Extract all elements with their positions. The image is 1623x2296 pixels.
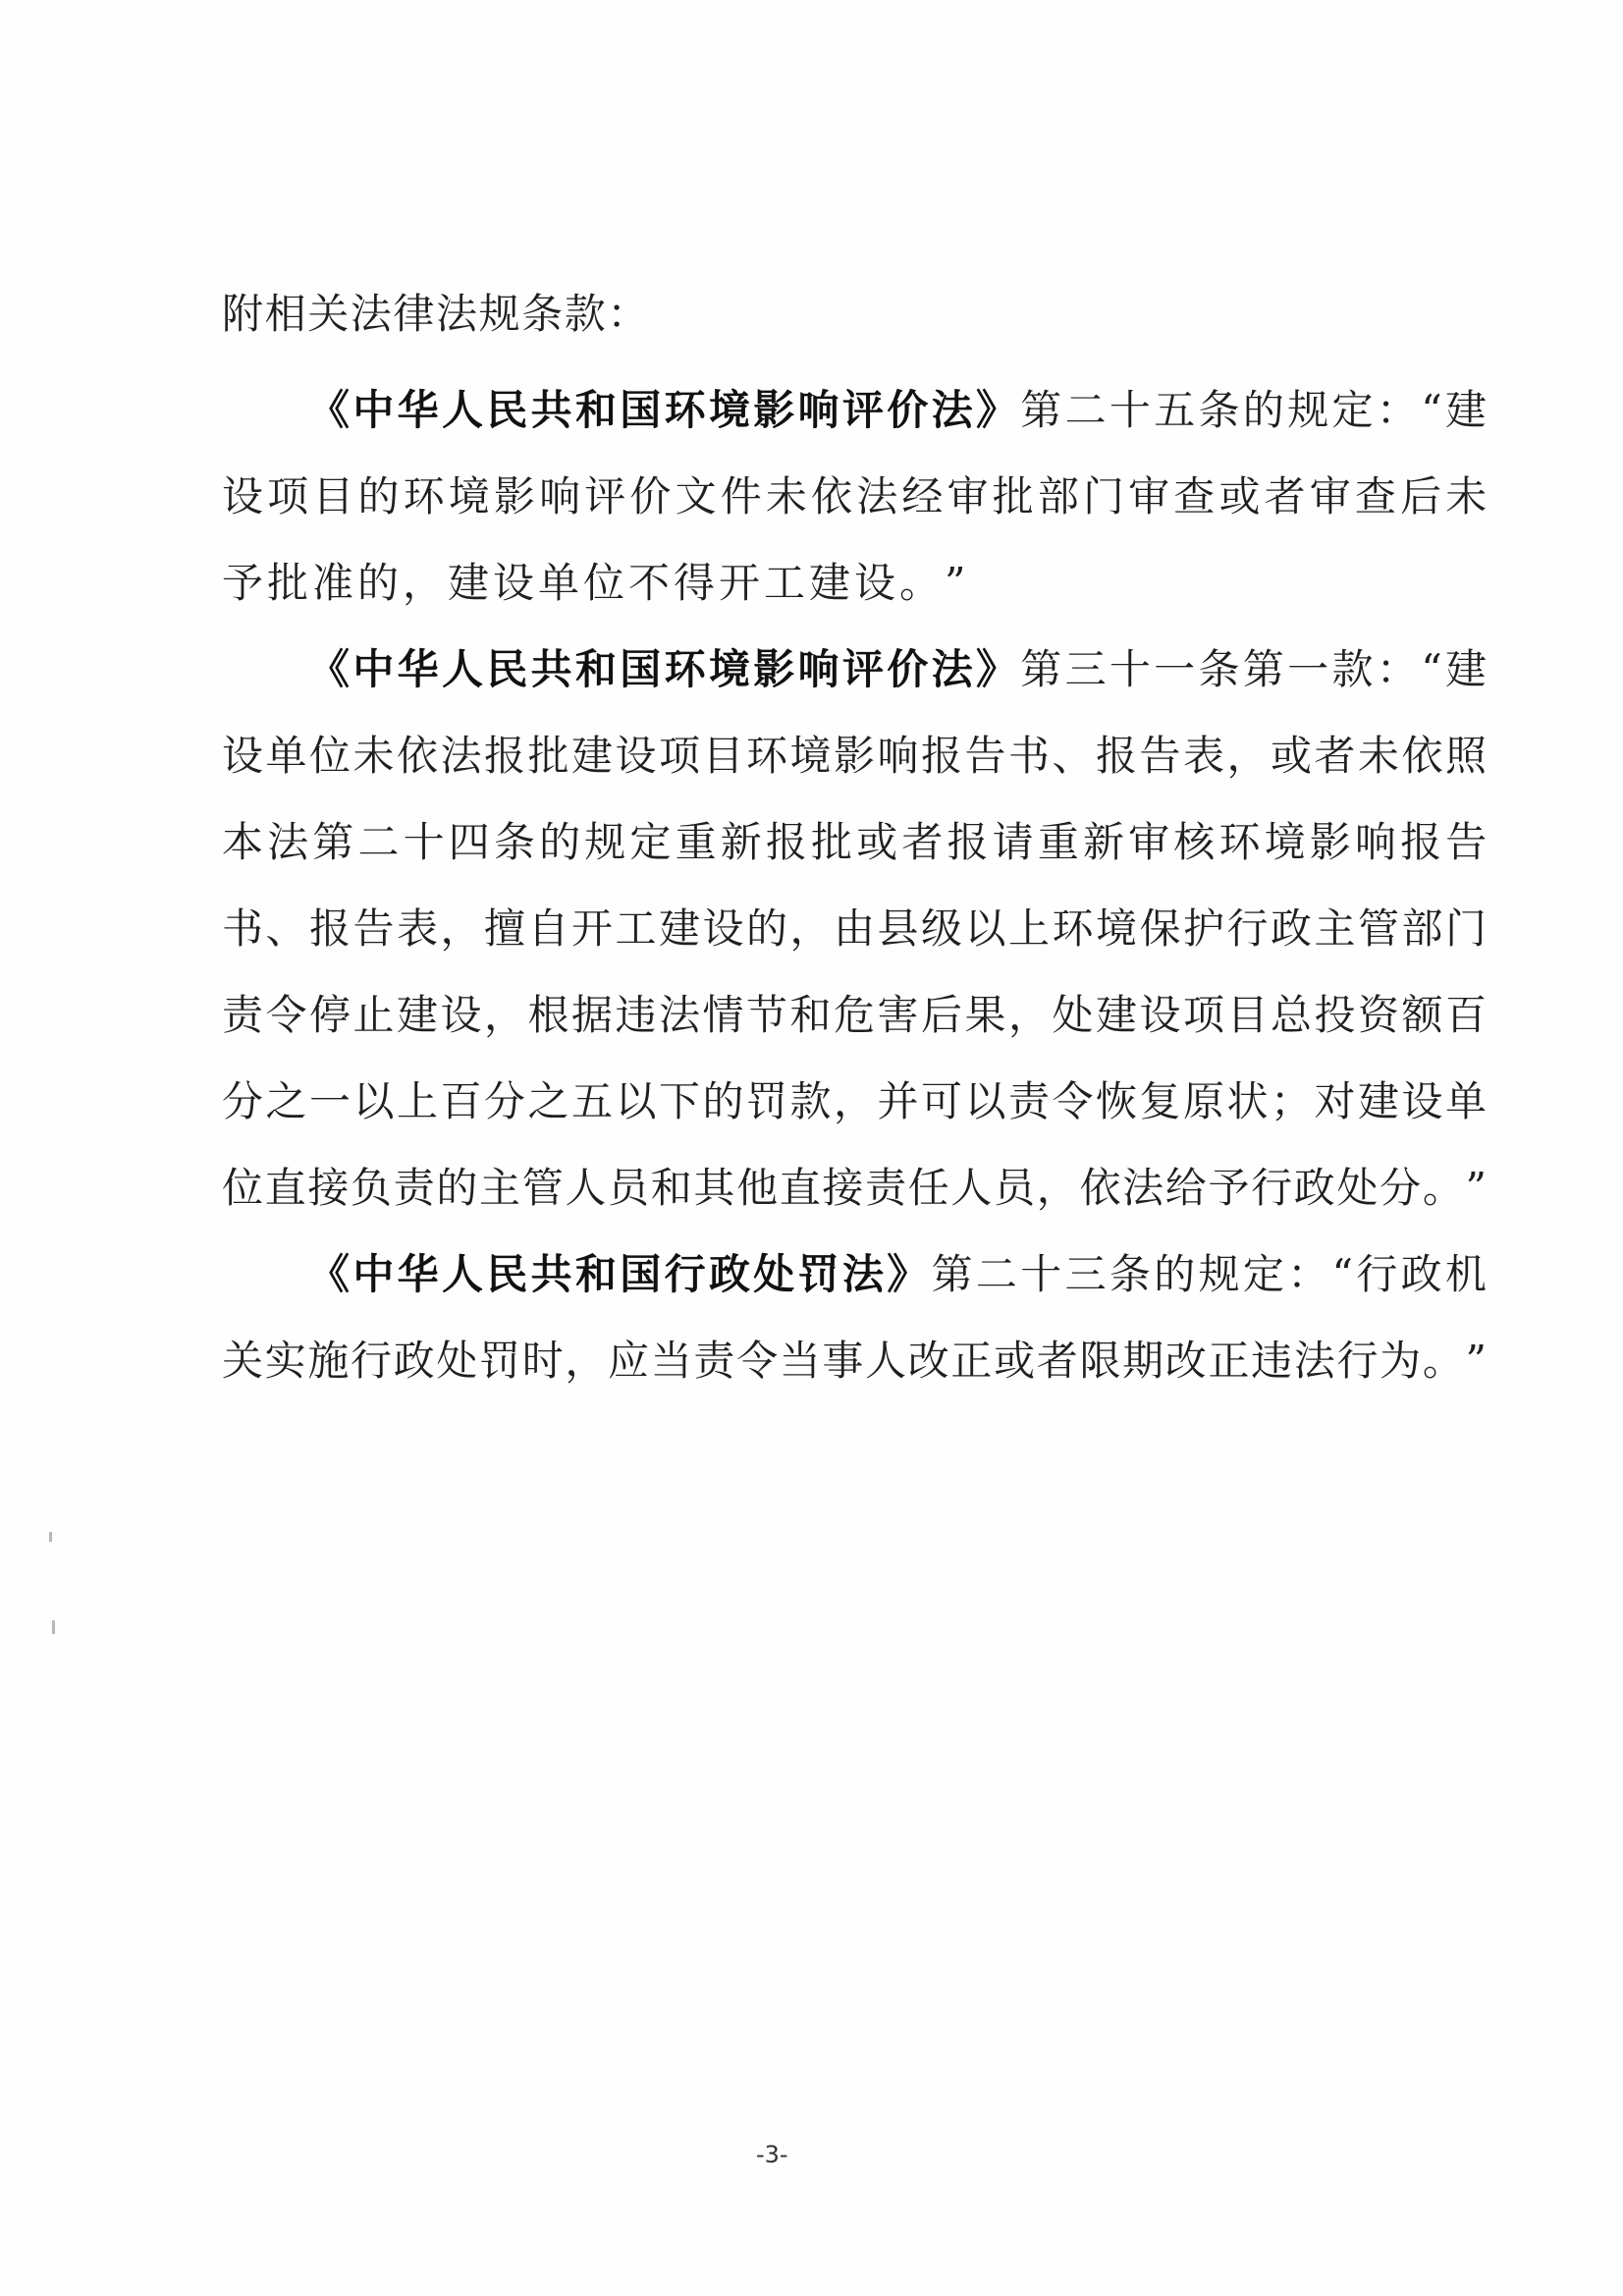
law-title-char: 《: [308, 381, 352, 440]
text-char: 规: [1199, 1245, 1242, 1304]
text-char: 报: [1400, 813, 1443, 872]
law-title-char: 人: [442, 381, 485, 440]
text-char: 法: [441, 727, 484, 786]
paragraph-2-line-6: 分之一以上百分之五以下的罚款，并可以责令恢复原状；对建设单: [222, 1072, 1488, 1131]
text-char: 告: [353, 900, 397, 958]
text-char: 上: [397, 1072, 440, 1131]
text-char: 门: [1083, 467, 1126, 526]
text-char: 停: [309, 986, 352, 1045]
law-title-char: 境: [709, 640, 752, 699]
text-char: 建: [809, 554, 852, 613]
text-char: 重: [676, 813, 719, 872]
law-title-char: 价: [887, 381, 930, 440]
text-char: 县: [878, 900, 921, 958]
text-char: 限: [1079, 1332, 1122, 1391]
paragraph-2-line-7: 位直接负责的主管人员和其他直接责任人员，依法给予行政处分。”: [222, 1159, 1488, 1218]
text-char: 评: [584, 467, 627, 526]
section-heading: 附相关法律法规条款：: [222, 285, 1488, 344]
law-title-char: 民: [486, 381, 529, 440]
text-char: 令: [736, 1332, 780, 1391]
text-char: 建: [1445, 640, 1488, 699]
text-char: 之: [266, 1072, 309, 1131]
paragraph-2-line-1: 《中华人民共和国环境影响评价法》第三十一条第一款：“建: [308, 640, 1488, 699]
text-char: 环: [746, 727, 789, 786]
text-char: 行: [1251, 1159, 1294, 1218]
text-char: 四: [449, 813, 492, 872]
text-char: 为: [1380, 1332, 1423, 1391]
text-char: 令: [266, 986, 309, 1045]
text-char: 其: [693, 1159, 736, 1218]
text-char: 报: [1096, 727, 1139, 786]
text-char: 原: [1183, 1072, 1226, 1131]
text-char: ，: [834, 1072, 877, 1131]
text-char: 书: [222, 900, 265, 958]
text-char: 条: [1109, 1245, 1153, 1304]
text-char: ，: [484, 986, 527, 1045]
law-title-char: 共: [531, 640, 574, 699]
text-char: 人: [865, 1332, 908, 1391]
text-char: ，: [1008, 986, 1052, 1045]
text-char: 部: [1038, 467, 1081, 526]
text-char: 未: [766, 467, 809, 526]
text-char: 直: [780, 1159, 823, 1218]
text-char: 行: [1336, 1332, 1380, 1391]
text-char: 目: [703, 727, 746, 786]
law-title-char: 政: [709, 1245, 752, 1304]
text-char: 目: [1227, 986, 1271, 1045]
text-char: 批: [267, 554, 310, 613]
scan-artifact-mark: [52, 1620, 55, 1634]
text-char: 法: [1122, 1159, 1165, 1218]
law-title-char: 境: [709, 381, 752, 440]
text-char: 照: [1445, 727, 1488, 786]
text-char: 单: [266, 727, 309, 786]
text-char: 审: [1310, 467, 1353, 526]
text-char: 位: [222, 1159, 265, 1218]
text-char: 罚: [479, 1332, 522, 1391]
text-char: 表: [1183, 727, 1226, 786]
text-char: 以: [965, 900, 1008, 958]
text-char: 审: [1128, 467, 1171, 526]
scan-artifact-mark: [49, 1532, 52, 1542]
law-title-char: 评: [842, 640, 886, 699]
text-char: 的: [746, 900, 789, 958]
text-char: 告: [965, 727, 1008, 786]
text-char: 查: [1355, 467, 1398, 526]
law-title-char: 法: [932, 640, 975, 699]
text-char: 十: [404, 813, 447, 872]
text-char: 责: [394, 1159, 437, 1218]
text-char: 准: [312, 554, 355, 613]
text-char: 和: [790, 986, 834, 1045]
text-char: 管: [522, 1159, 566, 1218]
text-char: 责: [865, 1159, 908, 1218]
text-char: 予: [1208, 1159, 1251, 1218]
text-char: 十: [1109, 640, 1153, 699]
text-char: 设: [222, 727, 265, 786]
text-char: 行: [1356, 1245, 1399, 1304]
text-char: 以: [965, 1072, 1008, 1131]
text-char: 款: [790, 1072, 834, 1131]
text-char: 条: [1199, 381, 1242, 440]
text-char: 目: [312, 467, 355, 526]
text-char: ，: [565, 1332, 608, 1391]
text-char: 的: [703, 1072, 746, 1131]
text-char: 处: [1336, 1159, 1380, 1218]
law-title-char: 和: [575, 381, 619, 440]
text-char: 规: [584, 813, 627, 872]
text-char: 影: [834, 727, 877, 786]
text-char: ；: [1271, 1072, 1314, 1131]
text-char: 期: [1122, 1332, 1165, 1391]
text-char: ：: [1377, 381, 1420, 440]
text-char: 正: [950, 1332, 994, 1391]
text-char: 处: [436, 1332, 479, 1391]
text-char: 状: [1227, 1072, 1271, 1131]
law-title-char: 罚: [798, 1245, 841, 1304]
text-char: 报: [947, 813, 991, 872]
law-title-char: 华: [398, 640, 441, 699]
law-title-char: 》: [887, 1245, 930, 1304]
text-char: 开: [719, 554, 762, 613]
text-char: 之: [528, 1072, 571, 1131]
text-char: 五: [571, 1072, 615, 1131]
page-number: -3-: [756, 2141, 788, 2168]
law-title-char: 价: [887, 640, 930, 699]
text-char: 核: [1173, 813, 1217, 872]
text-char: 复: [1140, 1072, 1183, 1131]
text-char: 工: [616, 900, 659, 958]
text-char: 、: [1053, 727, 1096, 786]
text-char: 直: [265, 1159, 308, 1218]
text-char: 主: [1315, 900, 1358, 958]
text-char: 建: [397, 986, 440, 1045]
text-char: 批: [993, 467, 1036, 526]
law-title-char: 共: [531, 381, 574, 440]
text-char: 违: [616, 986, 659, 1045]
text-char: 开: [571, 900, 615, 958]
text-char: 查: [1173, 467, 1217, 526]
law-title-char: 行: [665, 1245, 708, 1304]
text-char: 百: [1445, 986, 1488, 1045]
text-char: 件: [721, 467, 764, 526]
text-char: 依: [397, 727, 440, 786]
text-char: 建: [659, 900, 702, 958]
text-char: 第: [312, 813, 355, 872]
text-char: 投: [1315, 986, 1358, 1045]
text-char: 项: [267, 467, 310, 526]
text-char: 表: [397, 900, 440, 958]
paragraph-3-line-1: 《中华人民共和国行政处罚法》第二十三条的规定：“行政机: [308, 1245, 1488, 1304]
text-char: 项: [1183, 986, 1226, 1045]
text-char: 责: [1008, 1072, 1052, 1131]
text-char: 主: [479, 1159, 522, 1218]
law-title-char: 民: [486, 1245, 529, 1304]
text-char: 政: [1401, 1245, 1444, 1304]
text-char: 或: [856, 813, 899, 872]
law-title-char: 影: [753, 640, 796, 699]
text-char: 响: [539, 467, 582, 526]
text-char: “: [1421, 381, 1443, 440]
text-char: 的: [357, 554, 401, 613]
text-char: 或: [1218, 467, 1262, 526]
law-title-char: 和: [575, 1245, 619, 1304]
text-char: 报: [921, 727, 964, 786]
text-char: 或: [994, 1332, 1037, 1391]
law-title-char: 》: [976, 640, 1019, 699]
law-title-char: 民: [486, 640, 529, 699]
text-char: 建: [1445, 381, 1488, 440]
law-title-char: 共: [531, 1245, 574, 1304]
text-char: 止: [353, 986, 397, 1045]
text-char: 不: [628, 554, 672, 613]
text-char: 价: [629, 467, 673, 526]
paragraph-3-line-2: 关实施行政处罚时，应当责令当事人改正或者限期改正违法行为。”: [222, 1332, 1488, 1391]
text-char: 正: [1208, 1332, 1251, 1391]
text-char: 本: [222, 813, 265, 872]
law-title-char: 响: [798, 381, 841, 440]
paragraph-2-line-5: 责令停止建设，根据违法情节和危害后果，处建设项目总投资额百: [222, 986, 1488, 1045]
text-char: 级: [921, 900, 964, 958]
text-char: 责: [693, 1332, 736, 1391]
text-char: 人: [950, 1159, 994, 1218]
text-char: 的: [1243, 381, 1286, 440]
text-char: 影: [1310, 813, 1353, 872]
text-char: 十: [1109, 381, 1153, 440]
text-char: 或: [1271, 727, 1314, 786]
law-title-char: 中: [352, 640, 396, 699]
text-char: 第: [1020, 381, 1063, 440]
law-title-char: 影: [753, 381, 796, 440]
text-char: 建: [571, 727, 615, 786]
text-char: 护: [1183, 900, 1226, 958]
text-char: 接: [822, 1159, 865, 1218]
text-char: 令: [1053, 1072, 1096, 1131]
law-title-char: 华: [398, 1245, 441, 1304]
text-char: 影: [494, 467, 537, 526]
text-char: 建: [1096, 986, 1139, 1045]
text-char: 门: [1445, 900, 1488, 958]
text-char: 报: [309, 900, 352, 958]
text-char: 危: [834, 986, 877, 1045]
text-char: 新: [721, 813, 764, 872]
text-char: 据: [571, 986, 615, 1045]
text-char: 一: [309, 1072, 352, 1131]
text-char: 并: [878, 1072, 921, 1131]
law-title-char: 《: [308, 640, 352, 699]
text-char: 者: [901, 813, 945, 872]
text-char: 条: [494, 813, 537, 872]
text-char: 项: [659, 727, 702, 786]
law-title-char: 法: [932, 381, 975, 440]
text-char: 分: [222, 1072, 265, 1131]
paragraph-1-line-2: 设项目的环境影响评价文件未依法经审批部门审查或者审查后未: [222, 467, 1488, 526]
text-char: 上: [1008, 900, 1052, 958]
text-char: 定: [1243, 1245, 1286, 1304]
text-char: ，: [403, 554, 446, 613]
text-char: 法: [856, 467, 899, 526]
text-char: 额: [1402, 986, 1445, 1045]
text-char: ：: [1377, 640, 1420, 699]
text-char: ，: [1227, 727, 1271, 786]
text-char: 定: [629, 813, 673, 872]
text-char: 情: [703, 986, 746, 1045]
text-char: 建: [1358, 1072, 1401, 1131]
text-char: 报: [766, 813, 809, 872]
text-char: 二: [1065, 381, 1109, 440]
law-title-char: 国: [620, 381, 663, 440]
text-char: 当: [651, 1332, 694, 1391]
text-char: 节: [746, 986, 789, 1045]
text-char: ”: [945, 554, 967, 613]
text-char: 重: [1038, 813, 1081, 872]
text-char: 分: [1380, 1159, 1423, 1218]
text-char: 批: [528, 727, 571, 786]
text-char: 报: [484, 727, 527, 786]
text-char: 环: [1218, 813, 1262, 872]
text-char: 规: [1287, 381, 1330, 440]
text-char: 者: [1265, 467, 1308, 526]
text-char: 环: [1053, 900, 1096, 958]
text-char: 依: [1402, 727, 1445, 786]
text-char: 资: [1358, 986, 1401, 1045]
text-char: 政: [394, 1332, 437, 1391]
text-char: 实: [265, 1332, 308, 1391]
text-char: ：: [1287, 1245, 1330, 1304]
text-char: 人: [565, 1159, 608, 1218]
text-char: 负: [351, 1159, 394, 1218]
text-char: 环: [404, 467, 447, 526]
text-char: 果: [965, 986, 1008, 1045]
text-char: 告: [1140, 727, 1183, 786]
text-char: 法: [659, 986, 702, 1045]
text-char: 设: [222, 467, 265, 526]
text-char: 害: [878, 986, 921, 1045]
text-char: ，: [441, 900, 484, 958]
text-char: 设: [854, 554, 897, 613]
law-title-char: 和: [575, 640, 619, 699]
text-char: 得: [674, 554, 717, 613]
text-char: “: [1421, 640, 1443, 699]
text-char: 的: [1154, 1245, 1197, 1304]
text-char: 政: [1294, 1159, 1337, 1218]
text-char: 二: [357, 813, 401, 872]
text-char: 罚: [746, 1072, 789, 1131]
text-char: 。: [1423, 1159, 1466, 1218]
law-title-char: 环: [665, 381, 708, 440]
text-char: 责: [222, 986, 265, 1045]
text-char: 处: [1053, 986, 1096, 1045]
text-char: 以: [616, 1072, 659, 1131]
text-char: 改: [1165, 1332, 1209, 1391]
text-char: 以: [353, 1072, 397, 1131]
paragraph-1-line-3: 予批准的，建设单位不得开工建设。”: [222, 554, 1488, 613]
law-title-char: 法: [842, 1245, 886, 1304]
text-char: 可: [921, 1072, 964, 1131]
text-char: 位: [309, 727, 352, 786]
text-char: 的: [436, 1159, 479, 1218]
paragraph-2-line-4: 书、报告表，擅自开工建设的，由县级以上环境保护行政主管部门: [222, 900, 1488, 958]
text-char: 经: [901, 467, 945, 526]
text-char: 关: [222, 1332, 265, 1391]
text-char: 第: [1020, 640, 1063, 699]
text-char: 设: [1140, 986, 1183, 1045]
law-title-char: 》: [976, 381, 1019, 440]
text-char: 分: [484, 1072, 527, 1131]
law-title-char: 人: [442, 640, 485, 699]
text-char: 百: [441, 1072, 484, 1131]
text-char: 请: [993, 813, 1036, 872]
text-char: ，: [1037, 1159, 1080, 1218]
text-char: 、: [266, 900, 309, 958]
text-char: 响: [1355, 813, 1398, 872]
text-char: 五: [1154, 381, 1197, 440]
text-char: 未: [1358, 727, 1401, 786]
text-char: 者: [1037, 1332, 1080, 1391]
text-char: 机: [1445, 1245, 1488, 1304]
text-char: 设: [441, 986, 484, 1045]
law-title-char: 国: [620, 1245, 663, 1304]
text-char: 境: [1096, 900, 1139, 958]
text-char: 根: [528, 986, 571, 1045]
text-char: 管: [1358, 900, 1401, 958]
text-char: 改: [908, 1332, 951, 1391]
text-char: “: [1332, 1245, 1355, 1304]
text-char: 文: [676, 467, 719, 526]
text-char: 十: [1020, 1245, 1063, 1304]
document-page: 附相关法律法规条款： 《中华人民共和国环境影响评价法》第二十五条的规定：“建 设…: [0, 0, 1623, 2296]
text-char: ，: [790, 900, 834, 958]
text-char: 员: [994, 1159, 1037, 1218]
text-char: 施: [307, 1332, 351, 1391]
law-title-char: 华: [398, 381, 441, 440]
text-char: 审: [1128, 813, 1171, 872]
text-char: 下: [659, 1072, 702, 1131]
text-char: 法: [1294, 1332, 1337, 1391]
text-char: 他: [736, 1159, 780, 1218]
text-char: 给: [1165, 1159, 1209, 1218]
text-char: 法: [267, 813, 310, 872]
text-char: 恢: [1096, 1072, 1139, 1131]
text-char: 批: [811, 813, 854, 872]
text-char: ”: [1465, 1159, 1488, 1218]
text-char: 款: [1332, 640, 1376, 699]
law-title-char: 人: [442, 1245, 485, 1304]
text-char: 总: [1271, 986, 1314, 1045]
text-char: 和: [651, 1159, 694, 1218]
law-title-char: 环: [665, 640, 708, 699]
text-char: 。: [899, 554, 943, 613]
text-char: 新: [1083, 813, 1126, 872]
text-char: 后: [1400, 467, 1443, 526]
text-char: 政: [1271, 900, 1314, 958]
text-char: 员: [608, 1159, 651, 1218]
text-char: 由: [834, 900, 877, 958]
text-char: 境: [449, 467, 492, 526]
text-char: 对: [1315, 1072, 1358, 1131]
text-char: 事: [822, 1332, 865, 1391]
text-char: 第: [1243, 640, 1286, 699]
text-char: 予: [222, 554, 265, 613]
text-char: 行: [351, 1332, 394, 1391]
text-char: 接: [307, 1159, 351, 1218]
text-char: 一: [1287, 640, 1330, 699]
text-char: 设: [1402, 1072, 1445, 1131]
text-char: 自: [528, 900, 571, 958]
text-char: 者: [1315, 727, 1358, 786]
law-title-char: 中: [352, 381, 396, 440]
text-char: 告: [1445, 813, 1488, 872]
